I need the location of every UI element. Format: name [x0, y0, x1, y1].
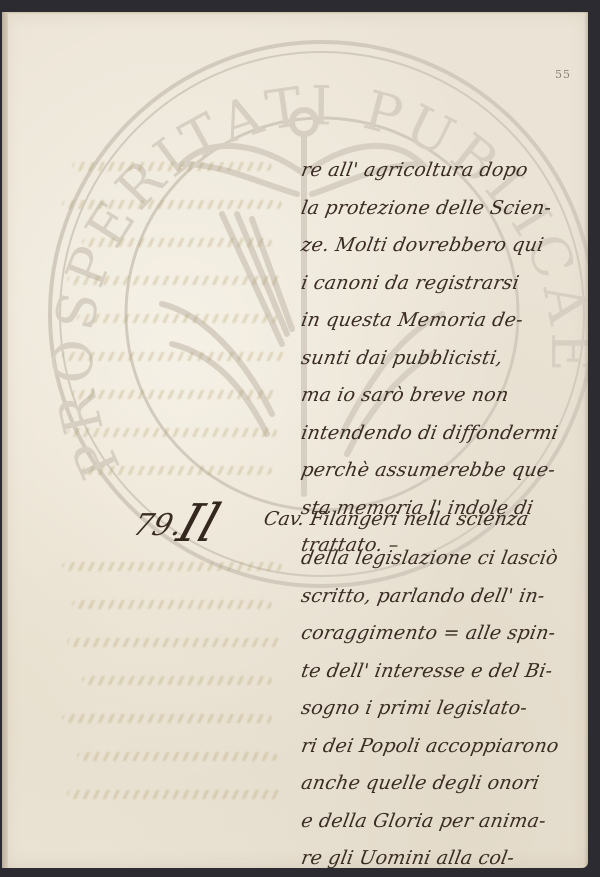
text-line: ze. Molti dovrebbero qui — [298, 227, 588, 265]
page-right-edge — [584, 12, 588, 868]
text-line: perchè assumerebbe que- — [298, 452, 588, 490]
decorated-initial: Il — [170, 494, 227, 554]
text-line: re all' agricoltura dopo — [298, 152, 588, 190]
paragraph-2-first-line: Cav. Filangeri nella scienza — [262, 508, 530, 530]
text-line: te dell' interesse e del Bi- — [298, 653, 588, 691]
text-line: i canoni da registrarsi — [298, 265, 588, 303]
text-line: la protezione delle Scien- — [298, 190, 588, 228]
text-line: in questa Memoria de- — [298, 302, 588, 340]
text-line: anche quelle degli onori — [298, 765, 588, 803]
text-line: intendendo di diffondermi — [298, 415, 588, 453]
text-line: coraggimento = alle spin- — [298, 615, 588, 653]
text-line: re gli Uomini alla col- — [298, 840, 588, 868]
page-number: 55 — [555, 68, 571, 81]
text-line: ma io sarò breve non — [298, 377, 588, 415]
paragraph-2: della legislazione ci lasciò scritto, pa… — [298, 540, 588, 868]
text-line: e della Gloria per anima- — [298, 803, 588, 841]
text-line: scritto, parlando dell' in- — [298, 578, 588, 616]
paragraph-1: re all' agricoltura dopo la protezione d… — [298, 152, 588, 565]
text-line: ri dei Popoli accoppiarono — [298, 728, 588, 766]
manuscript-page: PROSPERITATI PUBLICAE — [2, 12, 588, 868]
text-line: sogno i primi legislato- — [298, 690, 588, 728]
text-line: della legislazione ci lasciò — [298, 540, 588, 578]
page-top-edge — [8, 12, 588, 15]
page-binding-edge — [2, 12, 8, 868]
text-line: sunti dai pubblicisti, — [298, 340, 588, 378]
document-viewer: PROSPERITATI PUBLICAE — [0, 0, 600, 877]
